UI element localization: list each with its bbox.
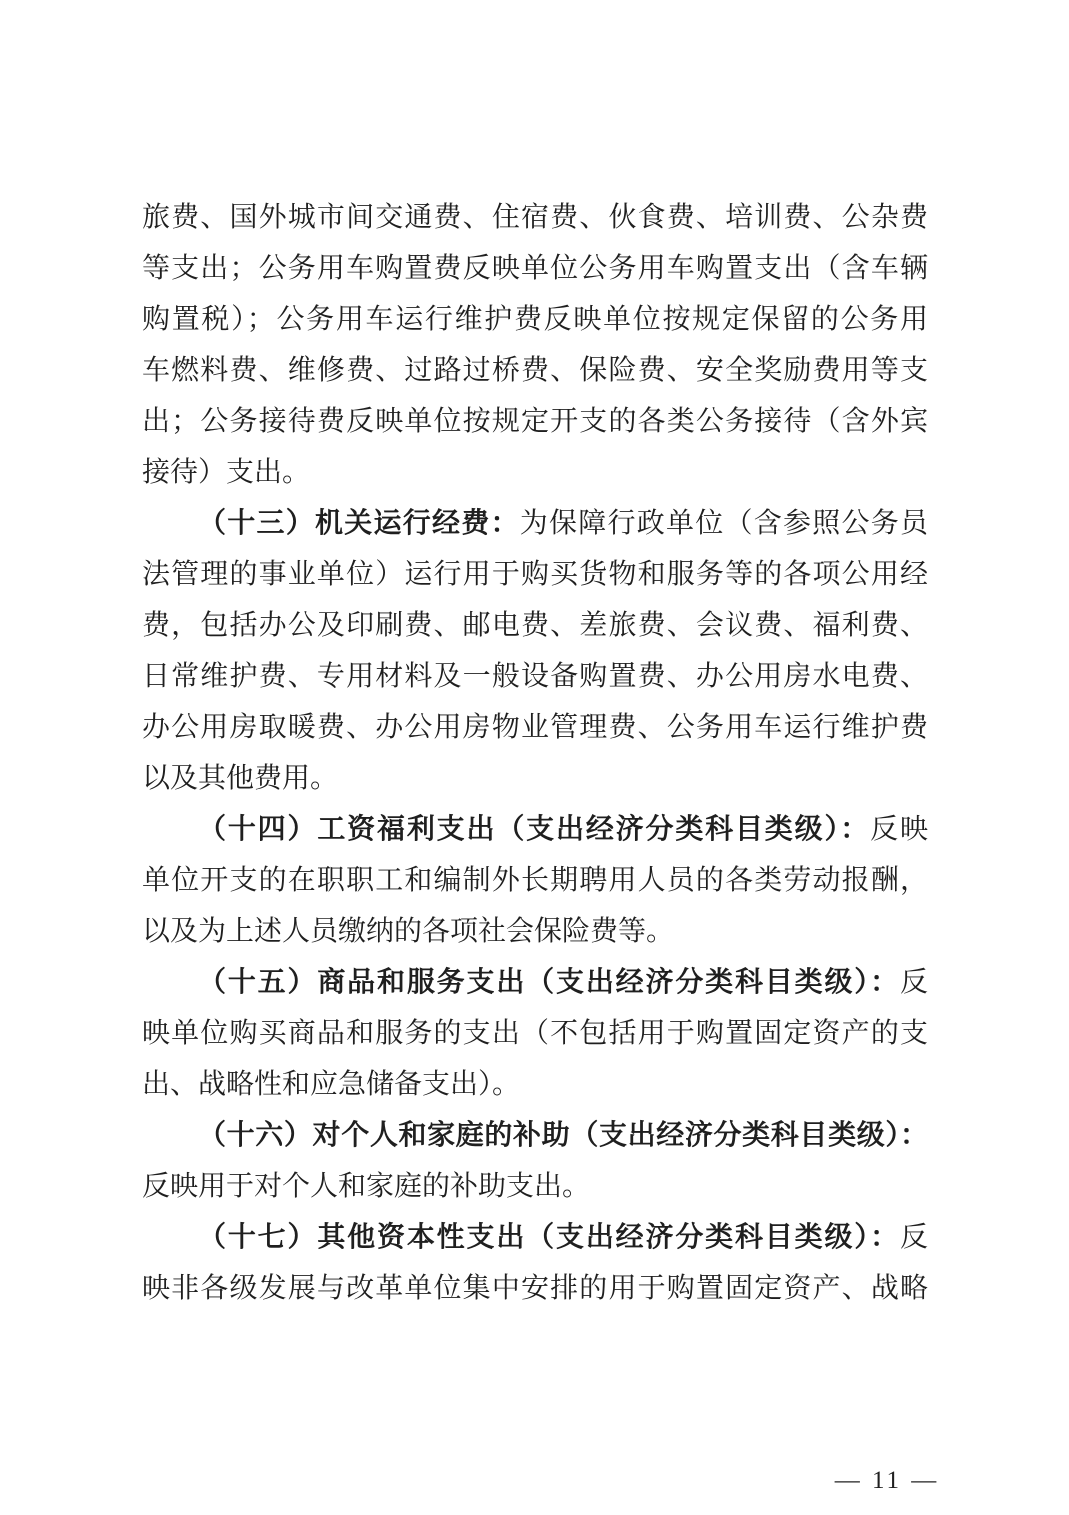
- text-segment: 日常维护费、专用材料及一般设备购置费、办公用房水电费、: [142, 661, 928, 692]
- heading-segment: （十六）对个人和家庭的补助（支出经济分类科目类级）：: [198, 1120, 928, 1151]
- heading-segment: （十五）商品和服务支出（支出经济分类科目类级）：: [198, 967, 900, 998]
- text-segment: 出；公务接待费反映单位按规定开支的各类公务接待（含外宾: [142, 406, 928, 437]
- document-page: 旅费、国外城市间交通费、住宿费、伙食费、培训费、公杂费等支出；公务用车购置费反映…: [0, 0, 1069, 1515]
- text-line: 法管理的事业单位）运行用于购买货物和服务等的各项公用经: [142, 549, 928, 600]
- text-segment: 反映用于对个人和家庭的补助支出。: [142, 1171, 590, 1202]
- text-segment: 反: [900, 1222, 928, 1253]
- text-line: 接待）支出。: [142, 447, 928, 498]
- text-line: 单位开支的在职职工和编制外长期聘用人员的各类劳动报酬，: [142, 855, 928, 906]
- text-segment: 以及其他费用。: [142, 763, 338, 794]
- text-segment: 以及为上述人员缴纳的各项社会保险费等。: [142, 916, 674, 947]
- text-segment: 映单位购买商品和服务的支出（不包括用于购置固定资产的支: [142, 1018, 928, 1049]
- text-line: （十七）其他资本性支出（支出经济分类科目类级）：反: [142, 1212, 928, 1263]
- text-line: 以及其他费用。: [142, 753, 928, 804]
- heading-segment: （十七）其他资本性支出（支出经济分类科目类级）：: [198, 1222, 900, 1253]
- text-segment: 购置税）；公务用车运行维护费反映单位按规定保留的公务用: [142, 304, 928, 335]
- text-line: 出、战略性和应急储备支出）。: [142, 1059, 928, 1110]
- heading-segment: （十四）工资福利支出（支出经济分类科目类级）：: [198, 814, 870, 845]
- text-line: 日常维护费、专用材料及一般设备购置费、办公用房水电费、: [142, 651, 928, 702]
- text-segment: 单位开支的在职职工和编制外长期聘用人员的各类劳动报酬，: [142, 865, 928, 896]
- text-segment: 旅费、国外城市间交通费、住宿费、伙食费、培训费、公杂费: [142, 202, 928, 233]
- heading-segment: （十三）机关运行经费：: [198, 508, 520, 539]
- text-segment: 等支出；公务用车购置费反映单位公务用车购置支出（含车辆: [142, 253, 928, 284]
- text-line: 以及为上述人员缴纳的各项社会保险费等。: [142, 906, 928, 957]
- text-segment: 法管理的事业单位）运行用于购买货物和服务等的各项公用经: [142, 559, 928, 590]
- text-line: 映非各级发展与改革单位集中安排的用于购置固定资产、战略: [142, 1263, 928, 1314]
- text-line: 出；公务接待费反映单位按规定开支的各类公务接待（含外宾: [142, 396, 928, 447]
- text-segment: 映非各级发展与改革单位集中安排的用于购置固定资产、战略: [142, 1273, 928, 1304]
- text-segment: 费，包括办公及印刷费、邮电费、差旅费、会议费、福利费、: [142, 610, 928, 641]
- text-line: （十四）工资福利支出（支出经济分类科目类级）：反映: [142, 804, 928, 855]
- document-text-block: 旅费、国外城市间交通费、住宿费、伙食费、培训费、公杂费等支出；公务用车购置费反映…: [142, 192, 928, 1314]
- text-line: 办公用房取暖费、办公用房物业管理费、公务用车运行维护费: [142, 702, 928, 753]
- text-line: 车燃料费、维修费、过路过桥费、保险费、安全奖励费用等支: [142, 345, 928, 396]
- text-line: （十五）商品和服务支出（支出经济分类科目类级）：反: [142, 957, 928, 1008]
- text-segment: 车燃料费、维修费、过路过桥费、保险费、安全奖励费用等支: [142, 355, 928, 386]
- text-line: （十三）机关运行经费：为保障行政单位（含参照公务员: [142, 498, 928, 549]
- text-line: 等支出；公务用车购置费反映单位公务用车购置支出（含车辆: [142, 243, 928, 294]
- text-segment: 为保障行政单位（含参照公务员: [520, 508, 928, 539]
- text-line: 旅费、国外城市间交通费、住宿费、伙食费、培训费、公杂费: [142, 192, 928, 243]
- text-line: 映单位购买商品和服务的支出（不包括用于购置固定资产的支: [142, 1008, 928, 1059]
- text-line: 费，包括办公及印刷费、邮电费、差旅费、会议费、福利费、: [142, 600, 928, 651]
- text-segment: 反: [900, 967, 928, 998]
- text-line: 购置税）；公务用车运行维护费反映单位按规定保留的公务用: [142, 294, 928, 345]
- text-line: 反映用于对个人和家庭的补助支出。: [142, 1161, 928, 1212]
- text-segment: 接待）支出。: [142, 457, 310, 488]
- text-line: （十六）对个人和家庭的补助（支出经济分类科目类级）：: [142, 1110, 928, 1161]
- text-segment: 出、战略性和应急储备支出）。: [142, 1069, 520, 1100]
- text-segment: 反映: [870, 814, 928, 845]
- text-segment: 办公用房取暖费、办公用房物业管理费、公务用车运行维护费: [142, 712, 928, 743]
- page-number: — 11 —: [789, 1464, 985, 1498]
